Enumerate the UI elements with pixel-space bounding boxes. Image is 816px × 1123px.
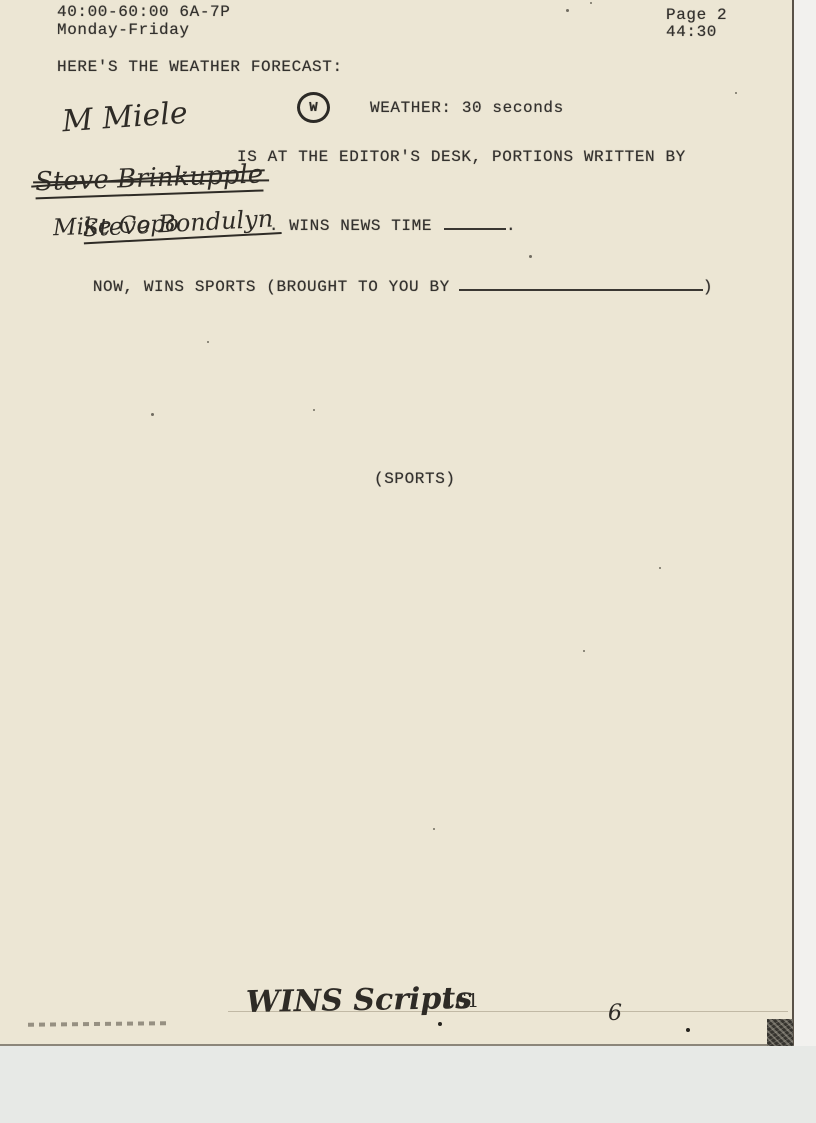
- ink-dot: [438, 1022, 442, 1026]
- dust-speck: [735, 92, 737, 94]
- weather-w-icon: W: [297, 92, 330, 123]
- forecast-heading: HERE'S THE WEATHER FORECAST:: [57, 58, 343, 76]
- news-time-line: . WINS NEWS TIME.: [228, 196, 516, 253]
- news-time-prefix: . WINS NEWS TIME: [269, 217, 432, 235]
- dust-speck: [590, 2, 592, 4]
- dust-speck: [583, 650, 585, 652]
- header-time-block: 40:00-60:00 6A-7P: [57, 3, 230, 21]
- dust-speck: [313, 409, 315, 411]
- dust-speck: [151, 413, 154, 416]
- collection-label: WINS Scripts: [246, 981, 473, 1020]
- header-days: Monday-Friday: [57, 21, 190, 39]
- dust-speck: [566, 9, 569, 12]
- header-running-time: 44:30: [666, 23, 717, 41]
- dust-speck: [433, 828, 435, 830]
- editors-desk-line: IS AT THE EDITOR'S DESK, PORTIONS WRITTE…: [237, 148, 686, 166]
- sports-marker: (SPORTS): [374, 470, 456, 488]
- news-time-period: .: [506, 217, 516, 235]
- scanned-script-page: 40:00-60:00 6A-7P Monday-Friday Page 2 4…: [0, 0, 816, 1123]
- dust-speck: [207, 341, 209, 343]
- item-number: 161: [443, 990, 479, 1012]
- scanner-edge-strip: [794, 0, 816, 1046]
- header-page-label: Page 2: [666, 6, 727, 24]
- weather-cue: WEATHER: 30 seconds: [370, 99, 564, 117]
- sheet-number: 6: [608, 1001, 622, 1026]
- news-time-blank: [444, 214, 506, 230]
- sports-close-paren: ): [703, 278, 713, 296]
- sponsor-blank: [459, 275, 703, 291]
- sports-intro-text: NOW, WINS SPORTS (BROUGHT TO YOU BY: [93, 278, 450, 296]
- weather-symbol-letter: W: [309, 100, 317, 116]
- handwritten-writer-2: Mike Copo: [53, 211, 180, 241]
- corner-smudge-mark: [767, 1019, 793, 1046]
- dust-speck: [659, 567, 661, 569]
- dust-speck: [529, 255, 532, 258]
- sports-intro-line: NOW, WINS SPORTS (BROUGHT TO YOU BY): [52, 257, 713, 314]
- ink-dot: [686, 1028, 690, 1032]
